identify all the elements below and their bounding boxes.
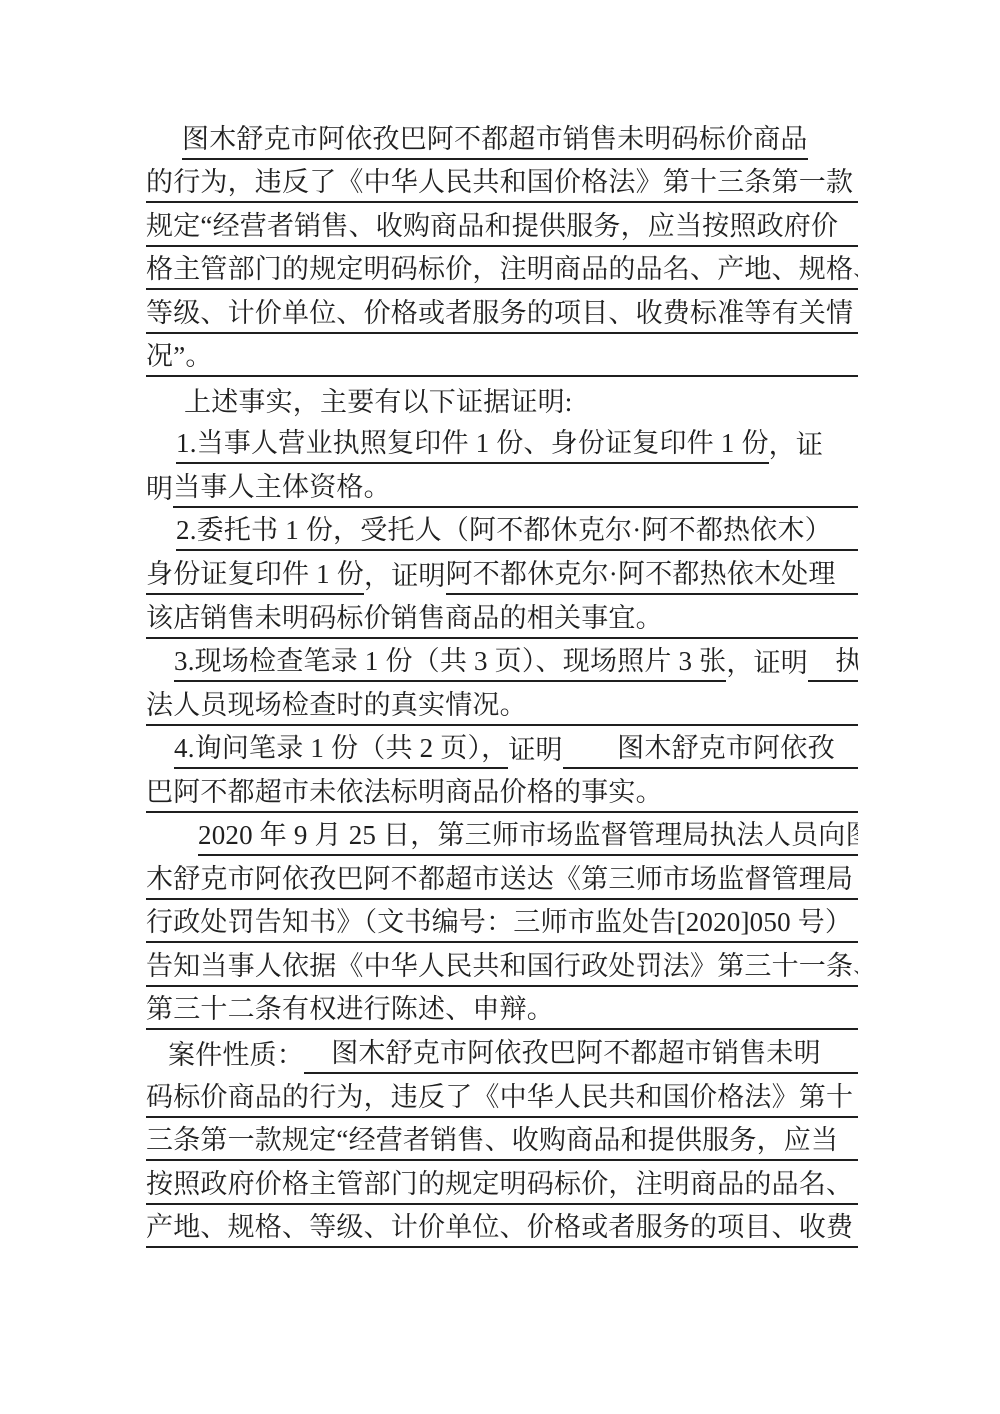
text-line: 3.现场检查笔录 1 份（共 3 页）、现场照片 3 张，证明 执 xyxy=(146,639,858,683)
underlined-text-segment: 格主管部门的规定明码标价，注明商品的品名、产地、规格、 xyxy=(146,250,858,290)
underlined-text-segment: 当事人主体资格。 xyxy=(173,468,391,508)
text-line: 第三十二条有权进行陈述、申辩。 xyxy=(146,987,858,1031)
text-line: 该店销售未明码标价销售商品的相关事宜。 xyxy=(146,595,858,639)
underlined-text-segment: 该店销售未明码标价销售商品的相关事宜。 xyxy=(146,599,663,639)
underline-fill xyxy=(853,201,858,203)
underlined-text-segment: 规定“经营者销售、收购商品和提供服务，应当按照政府价 xyxy=(146,207,838,247)
underline-fill xyxy=(554,1028,858,1030)
text-line: 等级、计价单位、价格或者服务的项目、收费标准等有关情 xyxy=(146,290,858,334)
underline-fill xyxy=(838,245,858,247)
underline-fill xyxy=(213,375,858,377)
underline-fill xyxy=(852,941,858,943)
underline-fill xyxy=(853,1246,858,1248)
underlined-text-segment: 的行为，违反了《中华人民共和国价格法》第十三条第一款 xyxy=(146,163,853,203)
text-segment: 上述事实，主要有以下证据证明: xyxy=(184,383,573,421)
underline-fill xyxy=(853,1203,858,1205)
underlined-text-segment: 阿不都休克尔·阿不都热依木处理 xyxy=(446,555,836,595)
text-line: 按照政府价格主管部门的规定明码标价，注明商品的品名、 xyxy=(146,1161,858,1205)
underline-fill xyxy=(663,637,858,639)
text-segment: 明 xyxy=(146,470,173,508)
text-line: 案件性质： 图木舒克市阿依孜巴阿不都超市销售未明 xyxy=(146,1030,858,1074)
underlined-text-segment: 身份证复印件 1 份 xyxy=(146,555,364,595)
text-line: 身份证复印件 1 份，证明阿不都休克尔·阿不都热依木处理 xyxy=(146,551,858,595)
text-line: 巴阿不都超市未依法标明商品价格的事实。 xyxy=(146,769,858,813)
underlined-text-segment: 4.询问笔录 1 份（共 2 页）， xyxy=(174,729,508,769)
text-line: 行政处罚告知书》（文书编号：三师市监处告[2020]050 号） xyxy=(146,900,858,944)
underlined-text-segment: 巴阿不都超市未依法标明商品价格的事实。 xyxy=(146,773,663,813)
underlined-text-segment: 1.当事人营业执照复印件 1 份、身份证复印件 1 份 xyxy=(176,424,769,464)
underlined-text-segment: 按照政府价格主管部门的规定明码标价，注明商品的品名、 xyxy=(146,1165,853,1205)
underlined-text-segment: 行政处罚告知书》（文书编号：三师市监处告[2020]050 号） xyxy=(146,903,852,943)
document-body: 图木舒克市阿依孜巴阿不都超市销售未明码标价商品的行为，违反了《中华人民共和国价格… xyxy=(146,116,858,1248)
text-segment: ，证明 xyxy=(726,644,808,682)
underlined-text-segment: 告知当事人依据《中华人民共和国行政处罚法》第三十一条、 xyxy=(146,947,858,987)
underlined-text-segment: 产地、规格、等级、计价单位、价格或者服务的项目、收费 xyxy=(146,1208,853,1248)
text-line: 上述事实，主要有以下证据证明: xyxy=(146,377,858,421)
text-line: 的行为，违反了《中华人民共和国价格法》第十三条第一款 xyxy=(146,160,858,204)
text-line: 产地、规格、等级、计价单位、价格或者服务的项目、收费 xyxy=(146,1205,858,1249)
text-segment: ，证 xyxy=(769,426,823,464)
underlined-text-segment: 2020 年 9 月 25 日，第三师市场监督管理局执法人员向图 xyxy=(198,816,858,856)
text-line: 格主管部门的规定明码标价，注明商品的品名、产地、规格、 xyxy=(146,247,858,291)
underline-fill xyxy=(853,898,858,900)
underline-fill xyxy=(836,593,858,595)
text-line: 码标价商品的行为，违反了《中华人民共和国价格法》第十 xyxy=(146,1074,858,1118)
underlined-text-segment: 法人员现场检查时的真实情况。 xyxy=(146,686,527,726)
text-line: 2020 年 9 月 25 日，第三师市场监督管理局执法人员向图 xyxy=(146,813,858,857)
text-line: 1.当事人营业执照复印件 1 份、身份证复印件 1 份，证 xyxy=(146,421,858,465)
underline-fill xyxy=(853,1116,858,1118)
underline-fill xyxy=(391,506,858,508)
underline-fill xyxy=(832,549,858,551)
underlined-text-segment: 3.现场检查笔录 1 份（共 3 页）、现场照片 3 张 xyxy=(174,642,726,682)
text-line: 况”。 xyxy=(146,334,858,378)
underlined-text-segment: 三条第一款规定“经营者销售、收购商品和提供服务，应当 xyxy=(146,1121,838,1161)
text-segment: 案件性质： xyxy=(168,1036,304,1074)
text-segment: ，证明 xyxy=(364,557,446,595)
underlined-text-segment: 木舒克市阿依孜巴阿不都超市送达《第三师市场监督管理局 xyxy=(146,860,853,900)
underline-fill xyxy=(663,811,858,813)
underline-fill xyxy=(838,1159,858,1161)
underline-fill xyxy=(821,1072,858,1074)
underlined-text-segment: 码标价商品的行为，违反了《中华人民共和国价格法》第十 xyxy=(146,1078,853,1118)
text-line: 图木舒克市阿依孜巴阿不都超市销售未明码标价商品 xyxy=(146,116,858,160)
text-line: 2.委托书 1 份，受托人（阿不都休克尔·阿不都热依木） xyxy=(146,508,858,552)
text-line: 木舒克市阿依孜巴阿不都超市送达《第三师市场监督管理局 xyxy=(146,856,858,900)
underline-fill xyxy=(853,332,858,334)
underlined-text-segment: 执 xyxy=(808,642,858,682)
underline-fill xyxy=(835,767,858,769)
underlined-text-segment: 等级、计价单位、价格或者服务的项目、收费标准等有关情 xyxy=(146,294,853,334)
underline-fill xyxy=(527,724,858,726)
text-line: 法人员现场检查时的真实情况。 xyxy=(146,682,858,726)
underlined-text-segment: 第三十二条有权进行陈述、申辩。 xyxy=(146,990,554,1030)
text-segment: 证明 xyxy=(508,731,562,769)
document-page: 图木舒克市阿依孜巴阿不都超市销售未明码标价商品的行为，违反了《中华人民共和国价格… xyxy=(0,0,1000,1414)
underlined-text-segment: 图木舒克市阿依孜 xyxy=(563,729,835,769)
underlined-text-segment: 图木舒克市阿依孜巴阿不都超市销售未明 xyxy=(304,1034,821,1074)
underlined-text-segment: 况”。 xyxy=(146,337,213,377)
text-line: 明当事人主体资格。 xyxy=(146,464,858,508)
text-line: 三条第一款规定“经营者销售、收购商品和提供服务，应当 xyxy=(146,1118,858,1162)
underlined-text-segment: 2.委托书 1 份，受托人（阿不都休克尔·阿不都热依木） xyxy=(176,511,832,551)
text-line: 规定“经营者销售、收购商品和提供服务，应当按照政府价 xyxy=(146,203,858,247)
text-line: 告知当事人依据《中华人民共和国行政处罚法》第三十一条、 xyxy=(146,943,858,987)
underlined-text-segment: 图木舒克市阿依孜巴阿不都超市销售未明码标价商品 xyxy=(182,120,808,160)
text-line: 4.询问笔录 1 份（共 2 页），证明 图木舒克市阿依孜 xyxy=(146,726,858,770)
